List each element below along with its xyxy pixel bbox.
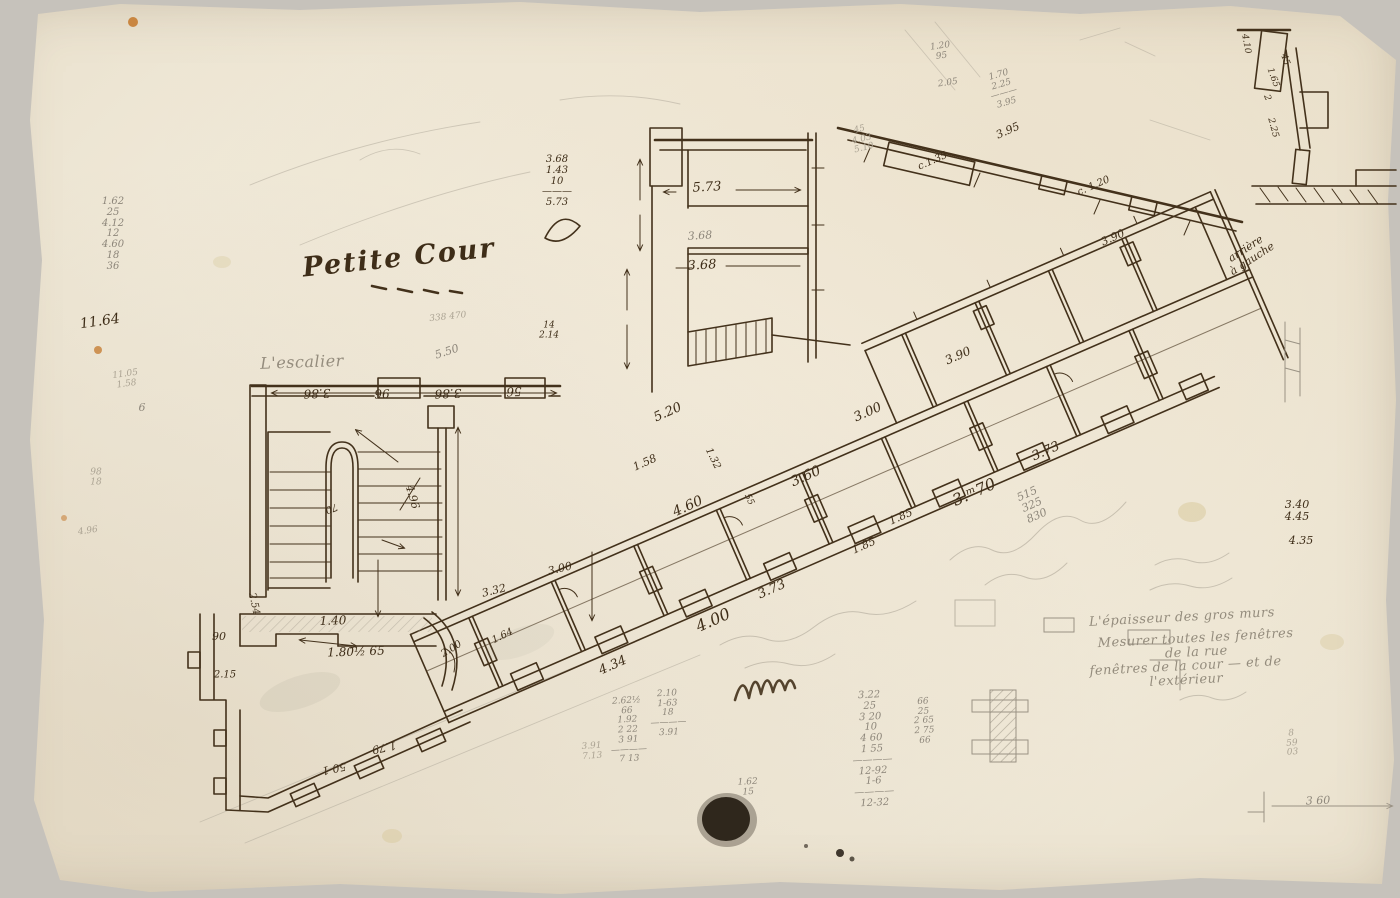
dimension-label: 14 2.14 <box>539 321 559 340</box>
dimension-label: 96 <box>374 386 390 399</box>
dimension-label: 11.05 1.58 <box>112 369 140 392</box>
ink-scrawl <box>735 680 795 700</box>
dimension-label: 98 18 <box>90 468 101 487</box>
dimension-label: 3.68 <box>687 258 717 274</box>
dimension-label: 56 <box>506 384 522 397</box>
stair-block <box>250 219 580 600</box>
staircase <box>268 430 442 590</box>
dimension-label: 2.62½ 66 1.92 2 22 3 91 ———— 7 13 <box>608 696 648 766</box>
dimension-label: 3.22 25 3 20 10 4 60 1 55 ———— 12-92 1-6… <box>849 690 895 811</box>
pencil-construction-lines <box>200 22 1210 843</box>
dimension-label: 1.40 <box>319 614 346 628</box>
dimension-label: 5.73 <box>692 180 722 196</box>
scanned-drawing: Petite CourL'escalierarrière à gaucheL'é… <box>0 0 1400 898</box>
stair-ramp <box>688 318 772 366</box>
stains <box>61 17 1344 862</box>
dimension-label: 6 <box>139 402 146 414</box>
dimension-label: 8 59 03 <box>1285 729 1298 759</box>
wall-section-detail <box>1238 30 1396 204</box>
dimension-label: 3.40 4.45 <box>1285 499 1310 523</box>
dimension-label: 2.10 1-63 18 ———— 3.91 <box>649 689 687 739</box>
top-block <box>627 128 850 392</box>
dimension-label: 4.10 <box>1238 33 1251 54</box>
margin-fragments <box>955 322 1392 822</box>
dimension-label: 66 25 2 65 2 75 66 <box>913 697 936 747</box>
dimension-label: 1.62 15 <box>737 778 758 798</box>
floor-plan-drawing <box>0 0 1400 898</box>
dimension-label: 3.86 <box>303 386 330 400</box>
partitions <box>464 327 1167 689</box>
dimension-label: 90 <box>212 631 226 643</box>
upper-street-wall <box>838 128 1242 235</box>
dimension-label: 3.68 1.43 10 ——— 5.73 <box>542 155 572 209</box>
dimension-label: 3 60 <box>1306 795 1331 808</box>
dimension-label: 4.35 <box>1289 535 1314 547</box>
dimension-label: 1.80½ 65 <box>327 645 385 660</box>
dimension-label: 3.68 <box>687 229 712 242</box>
dimension-label: 2.15 <box>214 671 236 682</box>
dimension-label: 3.86 <box>434 386 461 400</box>
dimension-label: 1.20 95 <box>930 41 953 63</box>
dimension-label: 3.91 7.13 <box>581 742 602 763</box>
escalier-label: L'escalier <box>260 352 344 372</box>
dimension-label: 1.62 25 4.12 12 4.60 18 36 <box>102 197 124 273</box>
